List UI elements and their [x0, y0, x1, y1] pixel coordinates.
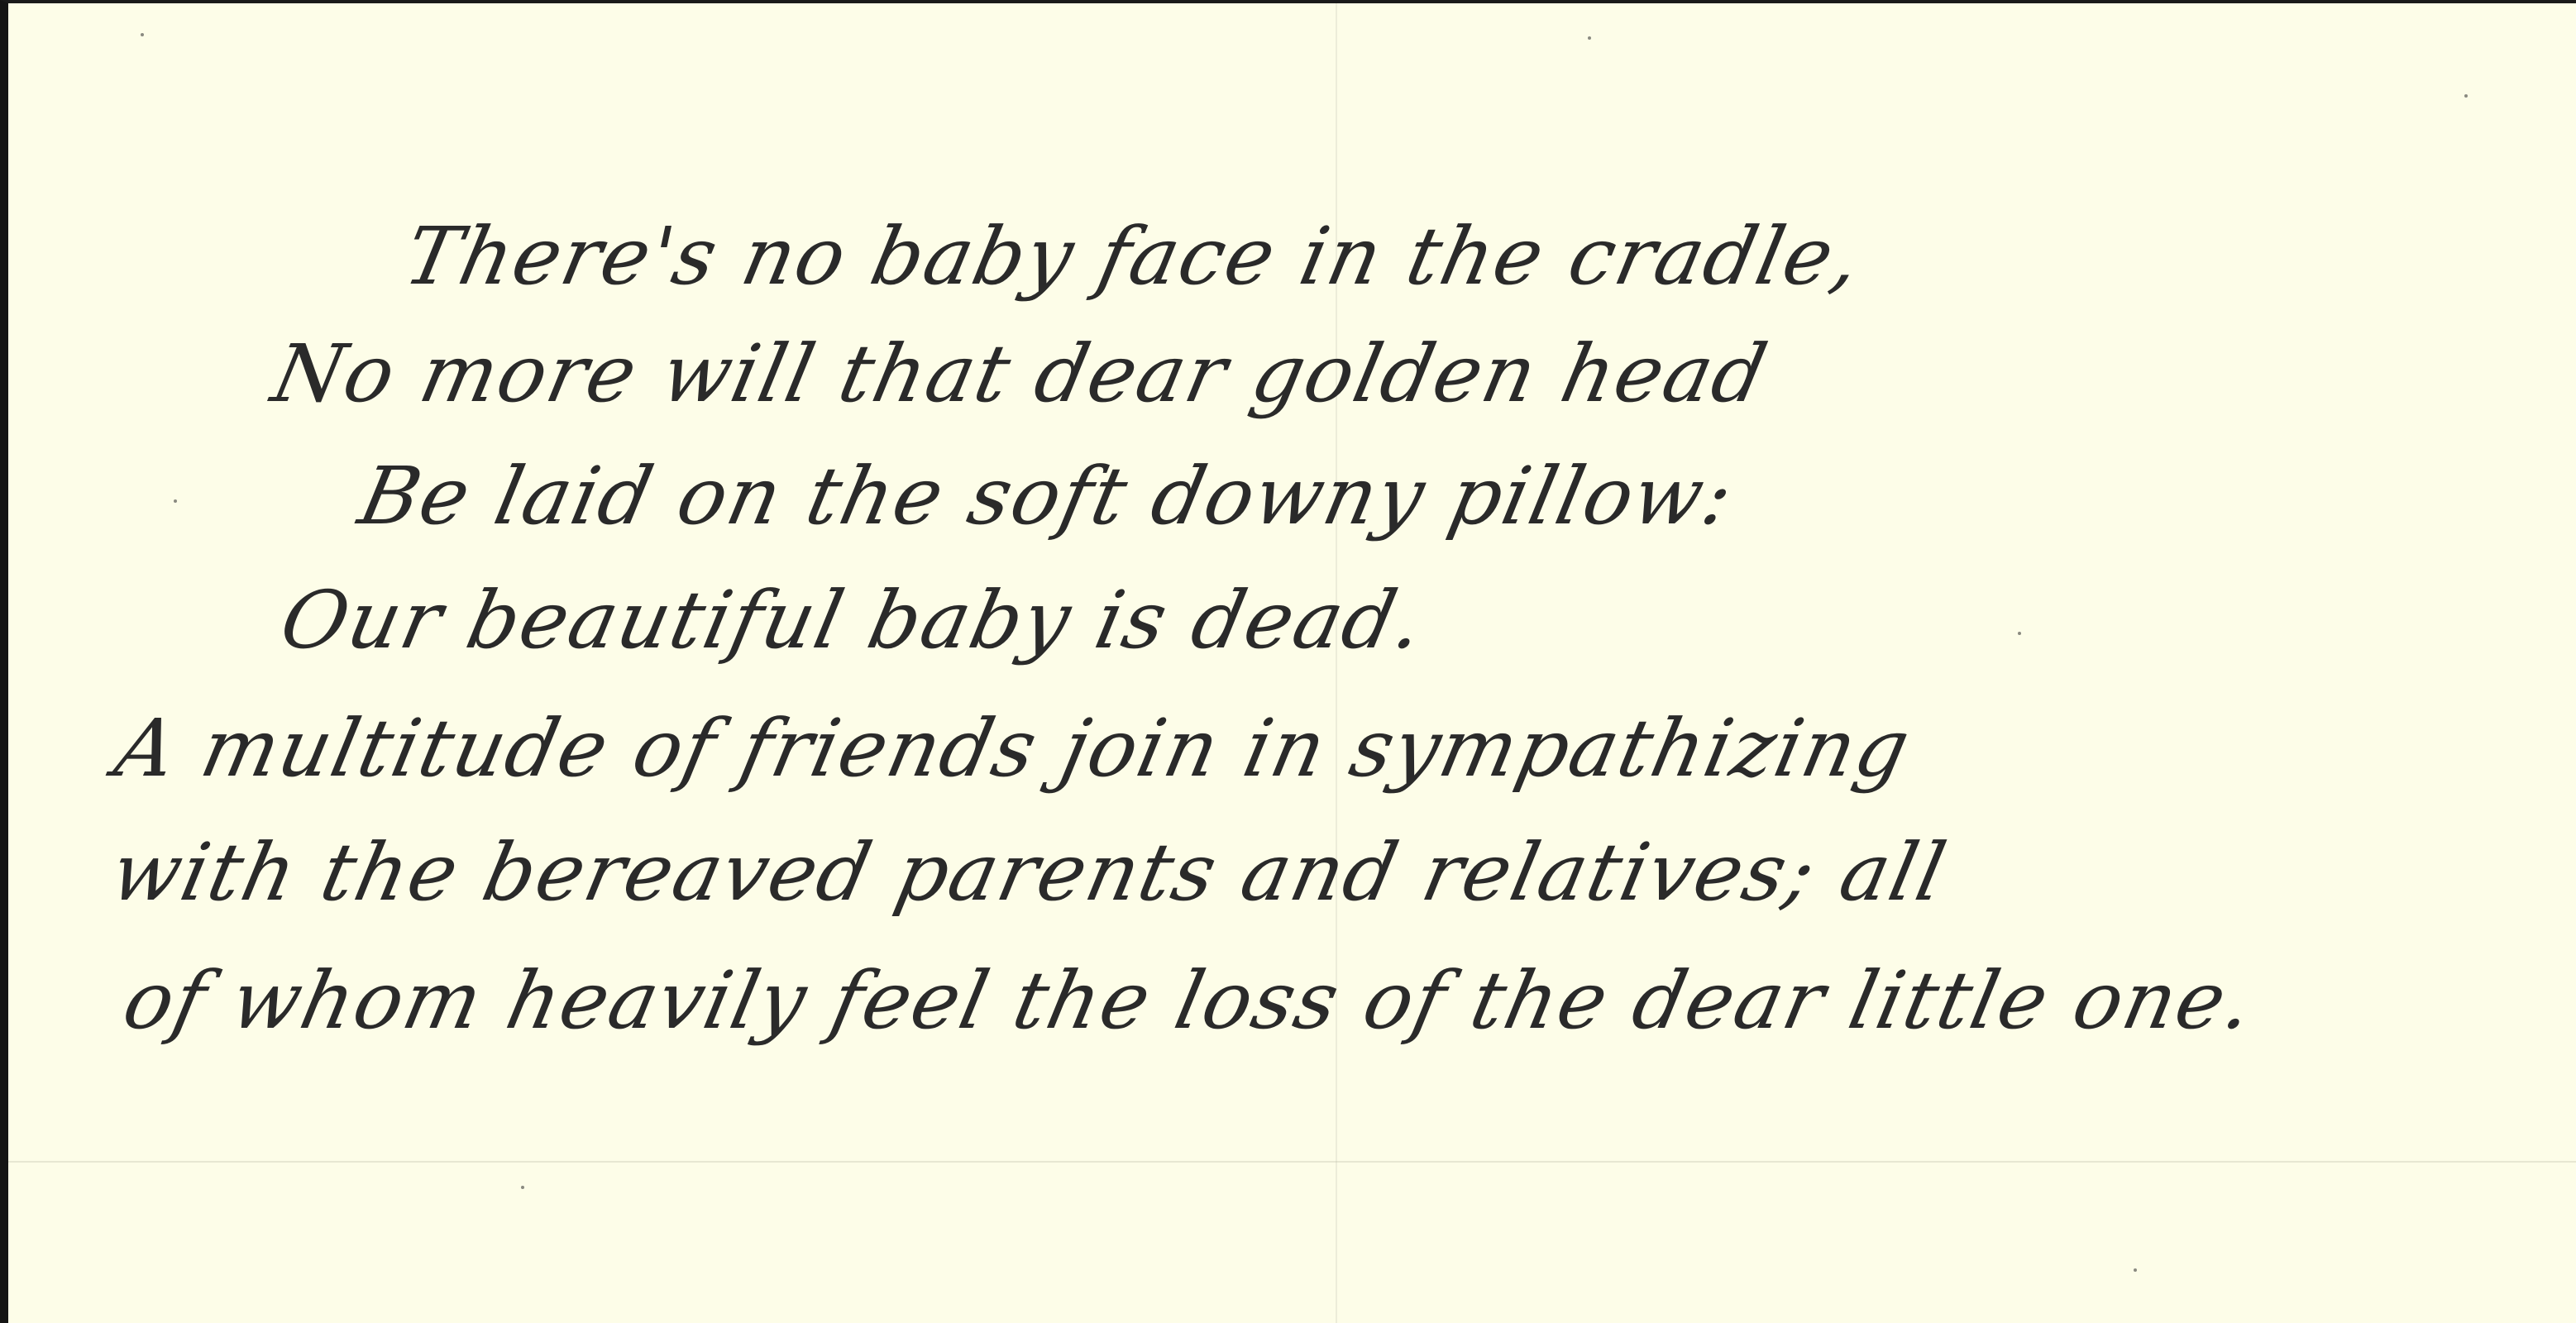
- poem-line-3: Be laid on the soft downy pillow:: [351, 450, 1742, 542]
- prose-line-1: A multitude of friends join in sympathiz…: [108, 702, 1919, 795]
- poem-line-1: There's no baby face in the cradle,: [397, 210, 1870, 303]
- paper-speck: [2018, 632, 2021, 635]
- poem-line-4: Our beautiful baby is dead.: [273, 574, 1433, 666]
- paper-speck: [2134, 1268, 2137, 1272]
- paper-speck: [141, 33, 144, 36]
- prose-line-3: of whom heavily feel the loss of the dea…: [116, 954, 2263, 1047]
- paper-speck: [1588, 36, 1591, 40]
- paper-speck: [2464, 94, 2468, 98]
- paper-speck: [521, 1186, 524, 1189]
- prose-line-2: with the bereaved parents and relatives;…: [103, 826, 1955, 919]
- paper-speck: [174, 499, 177, 503]
- scanned-letter-page: There's no baby face in the cradle, No m…: [0, 0, 2576, 1323]
- poem-line-2: No more will that dear golden head: [265, 327, 1775, 420]
- paper-fold-crease: [8, 1161, 2576, 1163]
